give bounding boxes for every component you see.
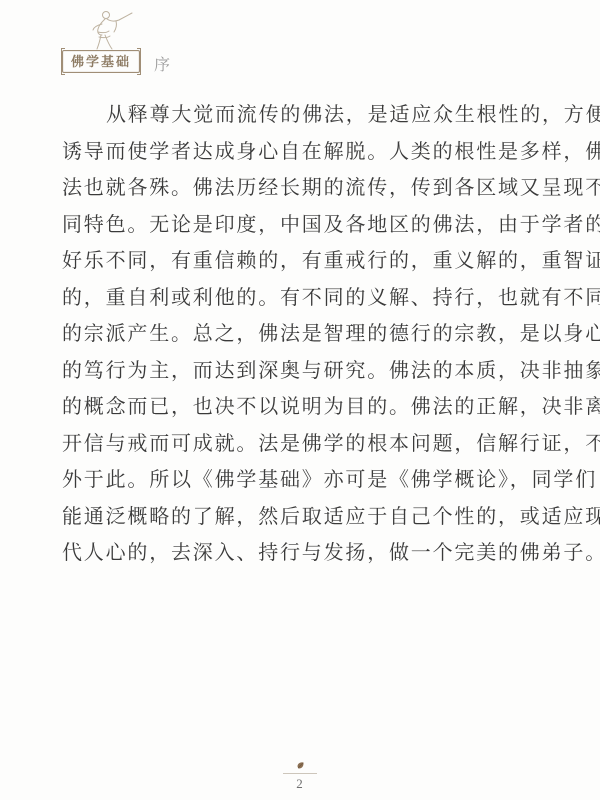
chapter-title: 序	[154, 52, 171, 75]
text-line: 好乐不同，有重信赖的，有重戒行的，重义解的，重智证	[62, 243, 550, 280]
text-line: 的概念而已，也决不以说明为目的。佛法的正解，决非离	[62, 389, 550, 426]
text-line: 能通泛概略的了解，然后取适应于自己个性的，或适应现	[62, 499, 550, 536]
text-line: 的笃行为主，而达到深奥与研究。佛法的本质，决非抽象	[62, 353, 550, 390]
leaf-ornament-icon	[296, 761, 305, 770]
page-header: 佛学基础 序	[0, 0, 600, 90]
book-title-plaque: 佛学基础	[62, 50, 140, 73]
text-line: 的宗派产生。总之，佛法是智理的德行的宗教，是以身心	[62, 316, 550, 353]
page-footer: 2	[0, 761, 600, 792]
preface-text: 从释尊大觉而流传的佛法，是适应众生根性的，方便 诱导而使学者达成身心自在解脱。人…	[62, 97, 550, 572]
book-page: 佛学基础 序 从释尊大觉而流传的佛法，是适应众生根性的，方便 诱导而使学者达成身…	[0, 0, 600, 800]
text-line: 法也就各殊。佛法历经长期的流传，传到各区域又呈现不	[62, 170, 550, 207]
text-line: 外于此。所以《佛学基础》亦可是《佛学概论》，同学们	[62, 462, 550, 499]
page-number: 2	[0, 776, 600, 792]
figure-sketch-icon	[72, 8, 144, 52]
text-line: 从释尊大觉而流传的佛法，是适应众生根性的，方便	[62, 97, 550, 134]
text-line: 开信与戒而可成就。法是佛学的根本问题，信解行证，不	[62, 426, 550, 463]
text-line: 同特色。无论是印度，中国及各地区的佛法，由于学者的	[62, 207, 550, 244]
footer-divider	[283, 773, 317, 774]
text-line: 的，重自利或利他的。有不同的义解、持行，也就有不同	[62, 280, 550, 317]
text-line: 代人心的，去深入、持行与发扬，做一个完美的佛弟子。	[62, 535, 550, 572]
text-line: 诱导而使学者达成身心自在解脱。人类的根性是多样，佛	[62, 134, 550, 171]
book-title: 佛学基础	[71, 55, 131, 68]
